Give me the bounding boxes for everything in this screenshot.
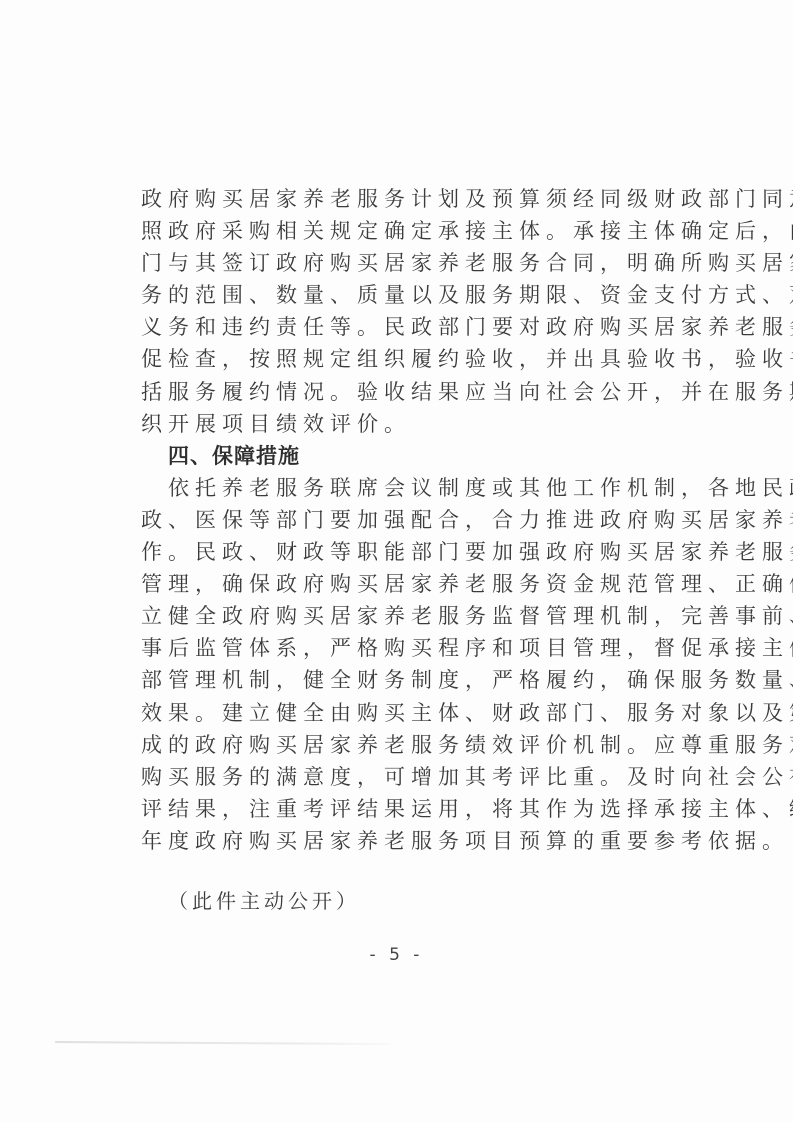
document-body: 政府购买居家养老服务计划及预算须经同级财政部门同意，并按 照政府采购相关规定确定… xyxy=(141,183,661,857)
text-line: 义务和违约责任等。民政部门要对政府购买居家养老服务进行督 xyxy=(141,311,661,343)
text-line: 作。民政、财政等职能部门要加强政府购买居家养老服务的监督 xyxy=(141,536,661,568)
document-page: 政府购买居家养老服务计划及预算须经同级财政部门同意，并按 照政府采购相关规定确定… xyxy=(0,0,793,1122)
text-line: 政府购买居家养老服务计划及预算须经同级财政部门同意，并按 xyxy=(141,183,661,215)
text-line: 依托养老服务联席会议制度或其他工作机制，各地民政、财 xyxy=(141,472,661,504)
text-line: 促检查，按照规定组织履约验收，并出具验收书，验收书应当包 xyxy=(141,343,661,375)
page-number: - 5 - xyxy=(0,941,793,969)
text-line: 事后监管体系，严格购买程序和项目管理，督促承接主体完善内 xyxy=(141,632,661,664)
text-line: 购买服务的满意度，可增加其考评比重。及时向社会公布绩效考 xyxy=(141,761,661,793)
text-line: 年度政府购买居家养老服务项目预算的重要参考依据。 xyxy=(141,825,661,857)
text-line: 门与其签订政府购买居家养老服务合同，明确所购买居家养老服 xyxy=(141,247,661,279)
text-line: 部管理机制，健全财务制度，严格履约，确保服务数量、质量和 xyxy=(141,664,661,696)
text-line: 效果。建立健全由购买主体、财政部门、服务对象以及第三方组 xyxy=(141,697,661,729)
text-line: 评结果，注重考评结果运用，将其作为选择承接主体、编制以后 xyxy=(141,793,661,825)
text-line: 政、医保等部门要加强配合，合力推进政府购买居家养老服务工 xyxy=(141,504,661,536)
scan-artifact-line xyxy=(55,1041,391,1045)
text-line: 务的范围、数量、质量以及服务期限、资金支付方式、双方权利 xyxy=(141,279,661,311)
text-line: 照政府采购相关规定确定承接主体。承接主体确定后，由民政部 xyxy=(141,215,661,247)
text-line: 管理，确保政府购买居家养老服务资金规范管理、正确使用。建 xyxy=(141,568,661,600)
text-line: 成的政府购买居家养老服务绩效评价机制。应尊重服务对象评价 xyxy=(141,729,661,761)
disclosure-note: （此件主动公开） xyxy=(168,885,360,917)
text-line: 立健全政府购买居家养老服务监督管理机制，完善事前、事中和 xyxy=(141,600,661,632)
section-heading: 四、保障措施 xyxy=(141,440,661,472)
text-line: 织开展项目绩效评价。 xyxy=(141,408,661,440)
text-line: 括服务履约情况。验收结果应当向社会公开，并在服务期满后组 xyxy=(141,376,661,408)
